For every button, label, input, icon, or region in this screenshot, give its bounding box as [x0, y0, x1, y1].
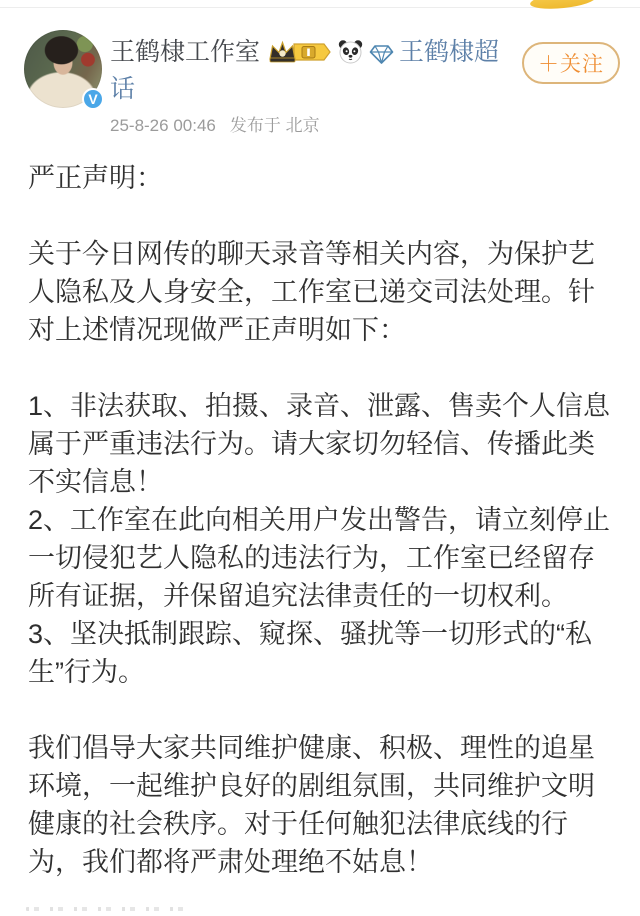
panda-badge-icon[interactable]	[337, 38, 364, 65]
statement-title: 严正声明：	[28, 159, 614, 197]
post-content: 严正声明： 关于今日网传的聊天录音等相关内容，为保护艺人隐私及人身安全，工作室已…	[0, 137, 640, 881]
post-timestamp: 25-8-26 00:46	[110, 116, 216, 135]
avatar[interactable]: V	[24, 30, 102, 108]
statement-closing: 我们倡导大家共同维护健康、积极、理性的追星环境，一起维护良好的剧组氛围，共同维护…	[28, 729, 614, 881]
author-block: 王鹤棣工作室 王鹤棣超话	[102, 30, 516, 137]
vip-crown-badge-icon[interactable]	[268, 39, 332, 65]
verified-badge-icon: V	[82, 88, 104, 110]
statement-intro: 关于今日网传的聊天录音等相关内容，为保护艺人隐私及人身安全，工作室已递交司法处理…	[28, 235, 614, 349]
cutoff-next-line	[26, 907, 188, 911]
author-name-line: 王鹤棣工作室 王鹤棣超话	[110, 34, 516, 108]
supertopic-gem-icon	[369, 44, 394, 65]
author-name[interactable]: 王鹤棣工作室	[110, 38, 260, 66]
post-source-location: 发布于 北京	[230, 116, 320, 135]
post-header: V 王鹤棣工作室	[0, 0, 640, 137]
follow-button[interactable]: ＋关注	[522, 42, 620, 84]
statement-item-3: 3、坚决抵制跟踪、窥探、骚扰等一切形式的“私生”行为。	[28, 615, 614, 691]
statement-item-1: 1、非法获取、拍摄、录音、泄露、售卖个人信息属于严重违法行为。请大家切勿轻信、传…	[28, 387, 614, 501]
statement-item-2: 2、工作室在此向相关用户发出警告，请立刻停止一切侵犯艺人隐私的违法行为，工作室已…	[28, 501, 614, 615]
post-meta: 25-8-26 00:46发布于 北京	[110, 115, 516, 137]
